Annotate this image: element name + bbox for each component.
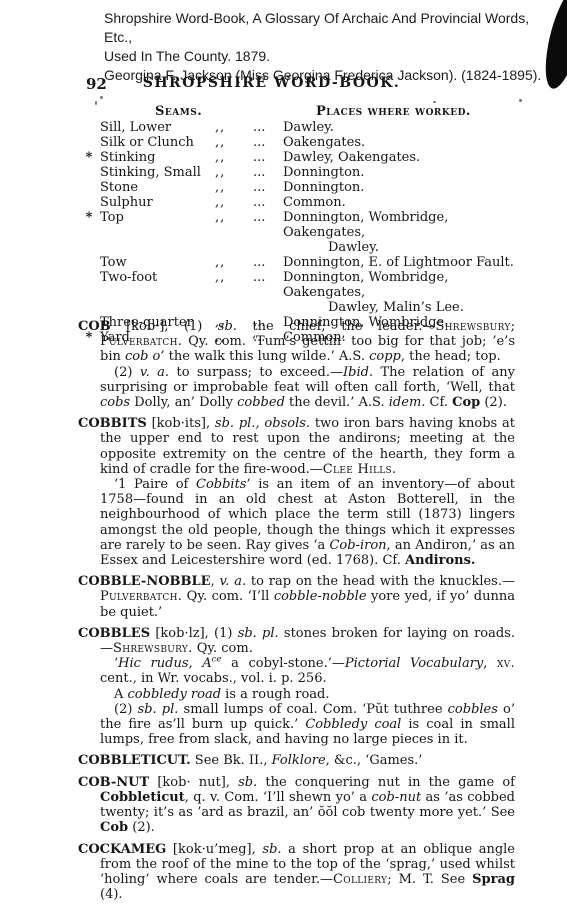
text-run-p: the chief; the leader.— [237,319,436,334]
entry-paragraph: COBBLES [kob·lz], (1) sb. pl. stones bro… [100,626,515,656]
entry-paragraph: (2) v. a. to surpass; to exceed.—Ibid. T… [100,365,515,411]
seam-name: Top [100,210,215,255]
text-run-i: sb. [262,842,281,857]
entry-cob-nut: COB-NUT [kob· nut], sb. the conquering n… [78,775,515,836]
seam-name: Two-foot [100,270,215,315]
place-line: Dawley. [283,240,515,255]
entry-cobbleticut: COBBLETICUT. See Bk. II., Folklore, &c.,… [78,753,515,768]
text-run-i: Cobbits [196,477,246,492]
ditto-mark: ,, [215,135,253,150]
text-run-p: cent., in Wr. vocabs., vol. i. p. 256. [100,671,327,686]
entry-paragraph: COBBLETICUT. See Bk. II., Folklore, &c.,… [100,753,515,768]
text-run-p: , q. v. Com. ‘I’ll shewn yo’ a [185,790,372,805]
ditto-mark: ,, [215,255,253,270]
place-names: Donnington. [283,180,515,195]
text-run-i: Hic rudus, A [118,656,212,671]
text-run-b: COBBLE-NOBBLE [78,574,211,589]
ditto-mark: ,, [215,165,253,180]
dictionary-entries: COB [kob·], (1) sb. the chief; the leade… [78,319,515,908]
text-run-p: ‘1 Paire of [114,477,196,492]
text-run-p: is a rough road. [221,687,329,702]
seam-star [78,180,100,195]
text-run-p: [kob·lz], (1) [150,626,238,641]
text-run-p: , [211,574,220,589]
seam-name: Stinking, Small [100,165,215,180]
ditto-mark: ,, [215,270,253,315]
text-run-i: Cob-iron [329,538,386,553]
entry-paragraph: (2) sb. pl. small lumps of coal. Com. ‘P… [100,702,515,748]
text-run-i: idem. [389,395,426,410]
text-run-i: Folklore [272,753,326,768]
page-header: 92 SHROPSHIRE WORD-BOOK. [0,75,567,95]
text-run-p: [kob· nut], [149,775,238,790]
ditto-mark: ,, [215,195,253,210]
annotation-line-2: Used In The County. 1879. [104,47,544,66]
ellipsis-mark: ... [253,270,283,315]
text-run-p: to surpass; to exceed.— [169,365,343,380]
text-run-p: ; M. T. See [387,872,472,887]
entry-paragraph: COB-NUT [kob· nut], sb. the conquering n… [100,775,515,836]
text-run-p: (2). [480,395,507,410]
seam-row: Sulphur,,...Common. [78,195,515,210]
text-run-i: sb. [218,319,237,334]
text-run-b: Cop [452,395,480,410]
place-line: Donnington, E. of Lightmoor Fault. [283,255,515,270]
text-run-i: v. a. [220,574,247,589]
entry-paragraph: ‘Hic rudus, Ace a cobyl-stone.’—Pictoria… [100,656,515,686]
text-run-i: Cobbledy coal [305,717,401,732]
text-run-i: cob o’ [125,349,165,364]
seam-name: Stone [100,180,215,195]
entry-paragraph: COBBLE-NOBBLE, v. a. to rap on the head … [100,574,515,620]
text-run-b: COBBLES [78,626,150,641]
seam-star [78,165,100,180]
ellipsis-mark: ... [253,135,283,150]
text-run-i: cobbles [448,702,498,717]
text-run-i: cob-nut [371,790,421,805]
seam-star: * [78,150,100,165]
text-run-i: cobs [100,395,130,410]
text-run-b: COB [78,319,111,334]
ellipsis-mark: ... [253,120,283,135]
text-run-i: v. a. [140,365,169,380]
text-run-sc: Colliery [333,872,387,887]
ellipsis-mark: ... [253,165,283,180]
text-run-i: cobbed [237,395,285,410]
text-run-i: sb. pl. [138,702,179,717]
text-run-sup: ce [212,655,222,665]
seam-name: Tow [100,255,215,270]
place-line: Common. [283,195,515,210]
annotation-line-1: Shropshire Word-Book, A Glossary Of Arch… [104,9,544,47]
text-run-p: A [114,687,128,702]
scanned-book-page: Shropshire Word-Book, A Glossary Of Arch… [0,0,567,923]
text-run-i: cobble-nobble [274,589,367,604]
text-run-p: the devil.’ A.S. [285,395,389,410]
scan-speck [519,99,522,102]
ditto-mark: ,, [215,180,253,195]
text-run-sc: Pulverbatch. [100,589,182,604]
column-header-places: Places where worked. [316,104,471,119]
seam-row: *Stinking,,...Dawley, Oakengates. [78,150,515,165]
text-run-p: the walk this lung wilde.’ A.S. [165,349,370,364]
text-run-b: COCKAMEG [78,842,166,857]
entry-paragraph: COBBITS [kob·its], sb. pl., obsols. two … [100,416,515,477]
text-run-p: , &c., ‘Games.’ [326,753,423,768]
text-run-p: ; [511,319,515,334]
ellipsis-mark: ... [253,195,283,210]
place-line: Donnington, Wombridge, Oakengates, [283,270,515,300]
text-run-i: copp [369,349,401,364]
text-run-p: [kob·], (1) [111,319,218,334]
seam-star [78,135,100,150]
place-names: Donnington, Wombridge, Oakengates,Dawley… [283,210,515,255]
ellipsis-mark: ... [253,210,283,255]
place-line: Donnington, Wombridge, Oakengates, [283,210,515,240]
place-line: Donnington. [283,165,515,180]
text-run-b: Andirons. [405,553,475,568]
seam-row: Stone,,...Donnington. [78,180,515,195]
text-run-i: sb. pl. [238,626,279,641]
text-run-i: Ibid. [343,365,373,380]
seam-row: Silk or Clunch,,...Oakengates. [78,135,515,150]
entry-cobbles: COBBLES [kob·lz], (1) sb. pl. stones bro… [78,626,515,748]
seam-name: Stinking [100,150,215,165]
place-names: Dawley, Oakengates. [283,150,515,165]
place-names: Dawley. [283,120,515,135]
seam-row: Tow,,...Donnington, E. of Lightmoor Faul… [78,255,515,270]
ellipsis-mark: ... [253,150,283,165]
scan-speck [433,101,436,103]
ellipsis-mark: ... [253,180,283,195]
text-run-p: small lumps of coal. Com. ‘Pŭt tuthree [178,702,447,717]
place-line: Dawley, Malin’s Lee. [283,300,515,315]
text-run-p: (2). [128,820,155,835]
place-line: Dawley, Oakengates. [283,150,515,165]
text-run-p: to rap on the head with the knuckles.— [246,574,515,589]
place-names: Donnington, Wombridge, Oakengates,Dawley… [283,270,515,315]
seam-row: Two-foot,,...Donnington, Wombridge, Oake… [78,270,515,315]
entry-paragraph: COCKAMEG [kok·u’meg], sb. a short prop a… [100,842,515,903]
entry-cobbits: COBBITS [kob·its], sb. pl., obsols. two … [78,416,515,568]
place-names: Donnington, E. of Lightmoor Fault. [283,255,515,270]
text-run-p: Dolly, an’ Dolly [130,395,237,410]
seam-star [78,255,100,270]
text-run-p: [kok·u’meg], [166,842,262,857]
text-run-p: [kob·its], [147,416,215,431]
text-run-p: the conquering nut in the game of [257,775,515,790]
text-run-p: (2) [114,365,140,380]
text-run-b: Cob [100,820,128,835]
ditto-mark: ,, [215,120,253,135]
text-run-p: a cobyl-stone.’— [221,656,344,671]
seam-name: Sulphur [100,195,215,210]
place-names: Donnington. [283,165,515,180]
text-run-b: Sprag [472,872,515,887]
seams-table: Seams. Places where worked. Sill, Lower,… [78,104,515,345]
running-title: SHROPSHIRE WORD-BOOK. [0,75,555,91]
seam-name: Sill, Lower [100,120,215,135]
ellipsis-mark: ... [253,255,283,270]
text-run-sc: Shrewsbury. [113,641,193,656]
place-line: Oakengates. [283,135,515,150]
text-run-b: COBBLETICUT. [78,753,191,768]
entry-paragraph: A cobbledy road is a rough road. [100,687,515,702]
catalog-annotation: Shropshire Word-Book, A Glossary Of Arch… [104,9,544,85]
seam-star [78,195,100,210]
text-run-sc: Pulverbatch. [100,334,182,349]
seam-star: * [78,210,100,255]
seam-row: Stinking, Small,,...Donnington. [78,165,515,180]
ditto-mark: ,, [215,210,253,255]
text-run-p: , [483,656,497,671]
seam-name: Silk or Clunch [100,135,215,150]
text-run-sc: Shrewsbury [435,319,510,334]
seams-table-body: Sill, Lower,,...Dawley.Silk or Clunch,,.… [78,120,515,345]
text-run-p: (4). [100,887,123,902]
entry-cobble-nobble: COBBLE-NOBBLE, v. a. to rap on the head … [78,574,515,620]
text-run-p: , the head; top. [401,349,501,364]
text-run-p: See Bk. II., [191,753,272,768]
text-run-i: Pictorial Vocabulary [345,656,483,671]
seam-star [78,120,100,135]
seams-table-header: Seams. Places where worked. [78,104,515,120]
entry-cob: COB [kob·], (1) sb. the chief; the leade… [78,319,515,410]
text-run-b: Cobbleticut [100,790,185,805]
seam-row: *Top,,...Donnington, Wombridge, Oakengat… [78,210,515,255]
text-run-sc: xv. [497,656,515,671]
entry-paragraph: COB [kob·], (1) sb. the chief; the leade… [100,319,515,365]
place-line: Dawley. [283,120,515,135]
text-run-p: Qy. com. ‘I’ll [182,589,274,604]
text-run-i: sb. [238,775,257,790]
column-header-seams: Seams. [155,104,202,119]
seam-star [78,270,100,315]
entry-paragraph: ‘1 Paire of Cobbits’ is an item of an in… [100,477,515,568]
text-run-i: sb. pl., obsols. [215,416,310,431]
text-run-sc: Clee Hills. [323,462,397,477]
text-run-p: (2) [114,702,138,717]
text-run-p: Qy. com. [193,641,253,656]
text-run-b: COBBITS [78,416,147,431]
scan-speck [100,96,103,99]
text-run-b: COB-NUT [78,775,149,790]
place-line: Donnington. [283,180,515,195]
entry-cockameg: COCKAMEG [kok·u’meg], sb. a short prop a… [78,842,515,903]
text-run-p: Cf. [425,395,452,410]
place-names: Oakengates. [283,135,515,150]
place-names: Common. [283,195,515,210]
text-run-i: cobbledy road [128,687,222,702]
seam-row: Sill, Lower,,...Dawley. [78,120,515,135]
ditto-mark: ,, [215,150,253,165]
